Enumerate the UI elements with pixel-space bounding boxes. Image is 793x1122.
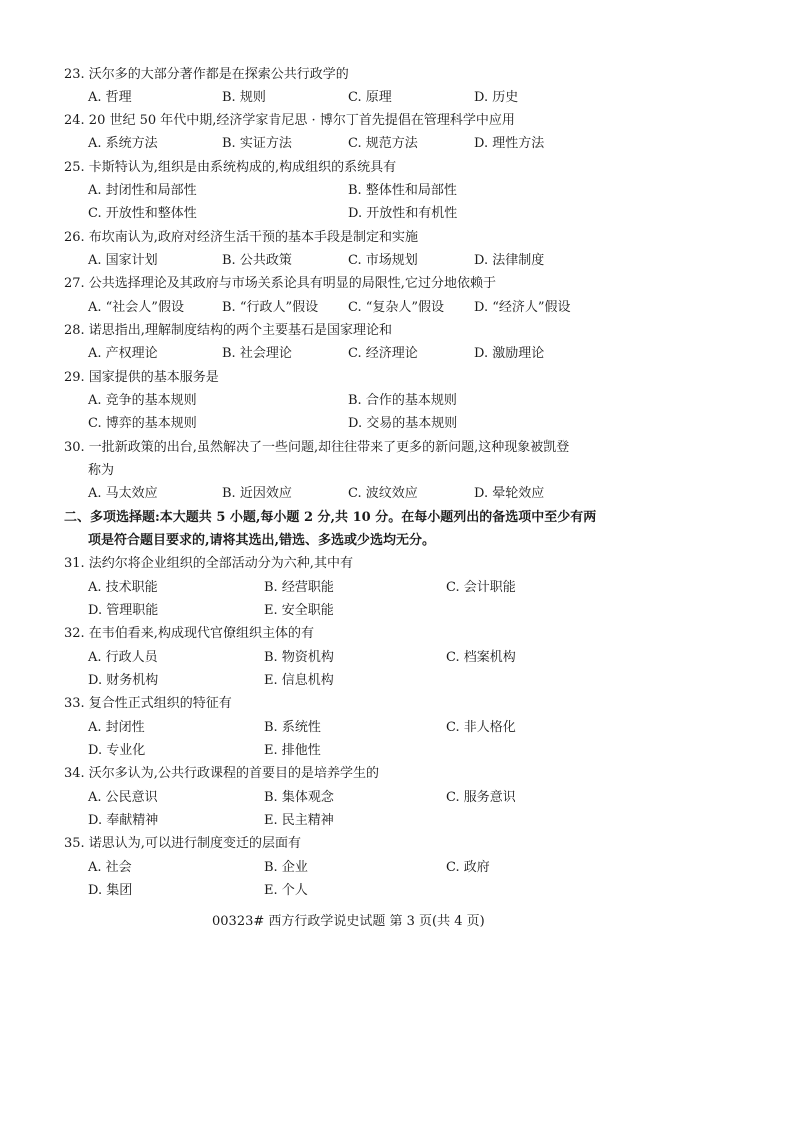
question-29-stem: 29. 国家提供的基本服务是 [0, 366, 793, 389]
option-d[interactable]: D. 开放性和有机性 [348, 202, 457, 225]
option-d[interactable]: D. 晕轮效应 [474, 482, 544, 505]
page-footer-text: 00323# 西方行政学说史试题 第 3 页(共 4 页) [212, 910, 485, 933]
option-a[interactable]: A. 社会 [88, 856, 132, 879]
option-e[interactable]: E. 个人 [264, 879, 308, 902]
question-33-options-row1: A. 封闭性 B. 系统性 C. 非人格化 [0, 716, 793, 739]
question-text: 31. 法约尔将企业组织的全部活动分为六种,其中有 [64, 552, 353, 575]
question-text: 29. 国家提供的基本服务是 [64, 366, 219, 389]
option-d[interactable]: D. 管理职能 [88, 599, 158, 622]
question-34-options-row1: A. 公民意识 B. 集体观念 C. 服务意识 [0, 786, 793, 809]
question-35-stem: 35. 诺思认为,可以进行制度变迁的层面有 [0, 832, 793, 855]
option-b[interactable]: B. 整体性和局部性 [348, 179, 457, 202]
option-c[interactable]: C. 服务意识 [446, 786, 516, 809]
question-34-stem: 34. 沃尔多认为,公共行政课程的首要目的是培养学生的 [0, 762, 793, 785]
option-c[interactable]: C. 市场规划 [348, 249, 418, 272]
question-24-stem: 24. 20 世纪 50 年代中期,经济学家肯尼思 · 博尔丁首先提倡在管理科学… [0, 109, 793, 132]
question-text: 33. 复合性正式组织的特征有 [64, 692, 232, 715]
question-33-options-row2: D. 专业化 E. 排他性 [0, 739, 793, 762]
option-c[interactable]: C. 经济理论 [348, 342, 418, 365]
option-d[interactable]: D. 专业化 [88, 739, 145, 762]
question-23-options: A. 哲理 B. 规则 C. 原理 D. 历史 [0, 86, 793, 109]
question-26-stem: 26. 布坎南认为,政府对经济生活干预的基本手段是制定和实施 [0, 226, 793, 249]
section-heading-text: 二、多项选择题:本大题共 5 小题,每小题 2 分,共 10 分。在每小题列出的… [64, 506, 596, 529]
option-a[interactable]: A. 公民意识 [88, 786, 158, 809]
question-32-options-row1: A. 行政人员 B. 物资机构 C. 档案机构 [0, 646, 793, 669]
option-b[interactable]: B. 社会理论 [222, 342, 292, 365]
option-e[interactable]: E. 民主精神 [264, 809, 334, 832]
question-29-options-row1: A. 竞争的基本规则 B. 合作的基本规则 [0, 389, 793, 412]
section-heading-text-continued: 项是符合题目要求的,请将其选出,错选、多选或少选均无分。 [88, 529, 435, 552]
question-text: 25. 卡斯特认为,组织是由系统构成的,构成组织的系统具有 [64, 156, 396, 179]
option-d[interactable]: D. 理性方法 [474, 132, 544, 155]
option-b[interactable]: B. “行政人”假设 [222, 296, 318, 319]
question-text-continued: 称为 [88, 459, 114, 482]
option-a[interactable]: A. 系统方法 [88, 132, 158, 155]
option-c[interactable]: C. 会计职能 [446, 576, 516, 599]
question-27-stem: 27. 公共选择理论及其政府与市场关系论具有明显的局限性,它过分地依赖于 [0, 272, 793, 295]
question-25-options-row2: C. 开放性和整体性 D. 开放性和有机性 [0, 202, 793, 225]
question-33-stem: 33. 复合性正式组织的特征有 [0, 692, 793, 715]
question-34-options-row2: D. 奉献精神 E. 民主精神 [0, 809, 793, 832]
option-b[interactable]: B. 经营职能 [264, 576, 334, 599]
option-d[interactable]: D. 集团 [88, 879, 132, 902]
option-a[interactable]: A. 国家计划 [88, 249, 158, 272]
question-28-stem: 28. 诺思指出,理解制度结构的两个主要基石是国家理论和 [0, 319, 793, 342]
option-b[interactable]: B. 系统性 [264, 716, 321, 739]
option-d[interactable]: D. 激励理论 [474, 342, 544, 365]
option-e[interactable]: E. 安全职能 [264, 599, 334, 622]
option-d[interactable]: D. 交易的基本规则 [348, 412, 457, 435]
question-32-stem: 32. 在韦伯看来,构成现代官僚组织主体的有 [0, 622, 793, 645]
question-31-options-row1: A. 技术职能 B. 经营职能 C. 会计职能 [0, 576, 793, 599]
option-a[interactable]: A. 哲理 [88, 86, 132, 109]
question-35-options-row1: A. 社会 B. 企业 C. 政府 [0, 856, 793, 879]
question-text: 23. 沃尔多的大部分著作都是在探索公共行政学的 [64, 63, 349, 86]
option-d[interactable]: D. 法律制度 [474, 249, 544, 272]
section-2-heading: 二、多项选择题:本大题共 5 小题,每小题 2 分,共 10 分。在每小题列出的… [0, 506, 793, 529]
option-a[interactable]: A. 产权理论 [88, 342, 158, 365]
option-c[interactable]: C. 非人格化 [446, 716, 516, 739]
question-text: 34. 沃尔多认为,公共行政课程的首要目的是培养学生的 [64, 762, 379, 785]
option-b[interactable]: B. 实证方法 [222, 132, 292, 155]
question-25-stem: 25. 卡斯特认为,组织是由系统构成的,构成组织的系统具有 [0, 156, 793, 179]
option-b[interactable]: B. 合作的基本规则 [348, 389, 457, 412]
option-b[interactable]: B. 企业 [264, 856, 308, 879]
question-24-options: A. 系统方法 B. 实证方法 C. 规范方法 D. 理性方法 [0, 132, 793, 155]
option-a[interactable]: A. “社会人”假设 [88, 296, 184, 319]
option-b[interactable]: B. 物资机构 [264, 646, 334, 669]
question-text: 35. 诺思认为,可以进行制度变迁的层面有 [64, 832, 301, 855]
question-text: 30. 一批新政策的出台,虽然解决了一些问题,却往往带来了更多的新问题,这种现象… [64, 436, 569, 459]
option-c[interactable]: C. 规范方法 [348, 132, 418, 155]
question-30-options: A. 马太效应 B. 近因效应 C. 波纹效应 D. 晕轮效应 [0, 482, 793, 505]
option-a[interactable]: A. 马太效应 [88, 482, 158, 505]
option-c[interactable]: C. 档案机构 [446, 646, 516, 669]
option-d[interactable]: D. 历史 [474, 86, 518, 109]
option-c[interactable]: C. 开放性和整体性 [88, 202, 197, 225]
question-30-stem-continued: 称为 [0, 459, 793, 482]
question-30-stem: 30. 一批新政策的出台,虽然解决了一些问题,却往往带来了更多的新问题,这种现象… [0, 436, 793, 459]
option-d[interactable]: D. “经济人”假设 [474, 296, 571, 319]
option-e[interactable]: E. 信息机构 [264, 669, 334, 692]
option-c[interactable]: C. 政府 [446, 856, 490, 879]
option-b[interactable]: B. 公共政策 [222, 249, 292, 272]
exam-page: 23. 沃尔多的大部分著作都是在探索公共行政学的 A. 哲理 B. 规则 C. … [0, 0, 793, 1122]
option-b[interactable]: B. 规则 [222, 86, 266, 109]
question-32-options-row2: D. 财务机构 E. 信息机构 [0, 669, 793, 692]
option-a[interactable]: A. 封闭性 [88, 716, 145, 739]
question-31-stem: 31. 法约尔将企业组织的全部活动分为六种,其中有 [0, 552, 793, 575]
question-29-options-row2: C. 博弈的基本规则 D. 交易的基本规则 [0, 412, 793, 435]
option-e[interactable]: E. 排他性 [264, 739, 321, 762]
question-25-options-row1: A. 封闭性和局部性 B. 整体性和局部性 [0, 179, 793, 202]
option-a[interactable]: A. 技术职能 [88, 576, 158, 599]
question-35-options-row2: D. 集团 E. 个人 [0, 879, 793, 902]
option-b[interactable]: B. 集体观念 [264, 786, 334, 809]
option-a[interactable]: A. 行政人员 [88, 646, 158, 669]
option-d[interactable]: D. 奉献精神 [88, 809, 158, 832]
option-b[interactable]: B. 近因效应 [222, 482, 292, 505]
question-text: 26. 布坎南认为,政府对经济生活干预的基本手段是制定和实施 [64, 226, 418, 249]
question-28-options: A. 产权理论 B. 社会理论 C. 经济理论 D. 激励理论 [0, 342, 793, 365]
option-a[interactable]: A. 封闭性和局部性 [88, 179, 197, 202]
question-23-stem: 23. 沃尔多的大部分著作都是在探索公共行政学的 [0, 63, 793, 86]
question-31-options-row2: D. 管理职能 E. 安全职能 [0, 599, 793, 622]
option-c[interactable]: C. 波纹效应 [348, 482, 418, 505]
option-d[interactable]: D. 财务机构 [88, 669, 158, 692]
question-26-options: A. 国家计划 B. 公共政策 C. 市场规划 D. 法律制度 [0, 249, 793, 272]
question-text: 28. 诺思指出,理解制度结构的两个主要基石是国家理论和 [64, 319, 392, 342]
question-text: 27. 公共选择理论及其政府与市场关系论具有明显的局限性,它过分地依赖于 [64, 272, 496, 295]
option-a[interactable]: A. 竞争的基本规则 [88, 389, 197, 412]
question-text: 32. 在韦伯看来,构成现代官僚组织主体的有 [64, 622, 314, 645]
section-2-heading-continued: 项是符合题目要求的,请将其选出,错选、多选或少选均无分。 [0, 529, 793, 552]
option-c[interactable]: C. 原理 [348, 86, 392, 109]
question-27-options: A. “社会人”假设 B. “行政人”假设 C. “复杂人”假设 D. “经济人… [0, 296, 793, 319]
option-c[interactable]: C. “复杂人”假设 [348, 296, 444, 319]
question-text: 24. 20 世纪 50 年代中期,经济学家肯尼思 · 博尔丁首先提倡在管理科学… [64, 109, 515, 132]
option-c[interactable]: C. 博弈的基本规则 [88, 412, 197, 435]
